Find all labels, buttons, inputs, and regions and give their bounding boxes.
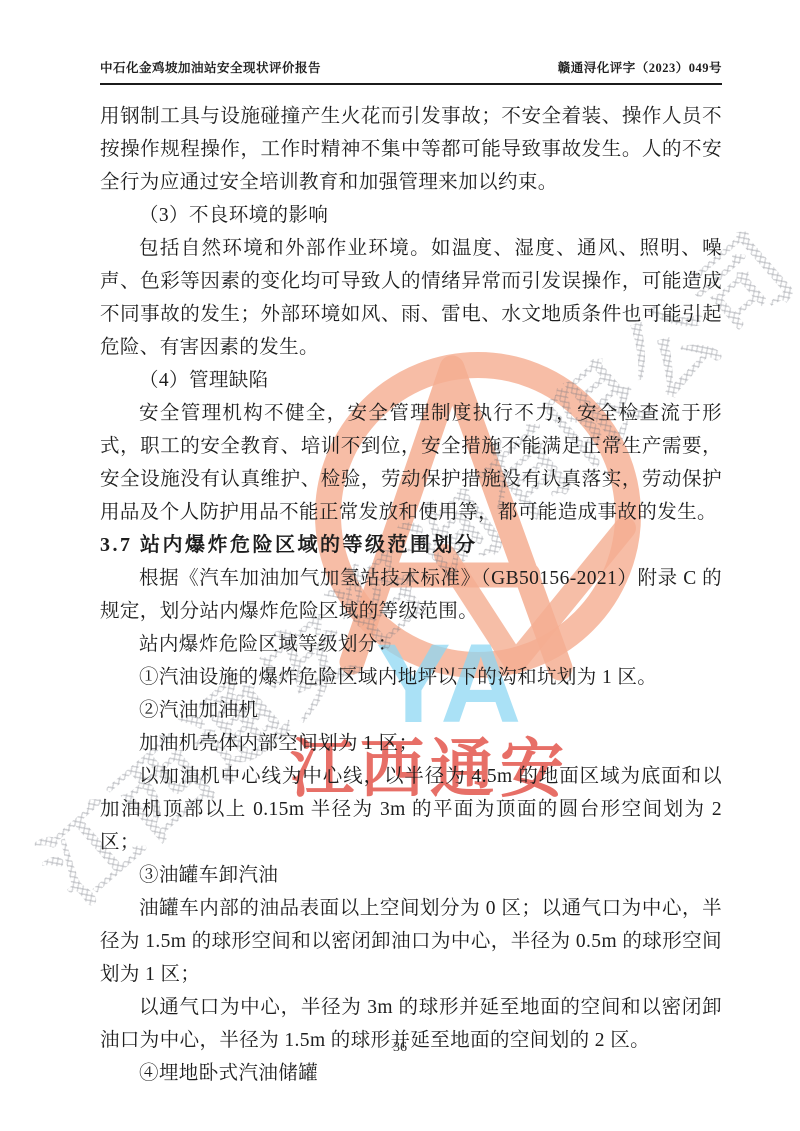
paragraph: ①汽油设施的爆炸危险区域内地坪以下的沟和坑划为 1 区。 bbox=[100, 661, 722, 694]
paragraph: ②汽油加油机 bbox=[100, 694, 722, 727]
paragraph: 包括自然环境和外部作业环境。如温度、湿度、通风、照明、噪声、色彩等因素的变化均可… bbox=[100, 232, 722, 364]
paragraph: 用钢制工具与设施碰撞产生火花而引发事故；不安全着装、操作人员不按操作规程操作，工… bbox=[100, 100, 722, 199]
paragraph: ③油罐车卸汽油 bbox=[100, 859, 722, 892]
header-report-title: 中石化金鸡坡加油站安全现状评价报告 bbox=[100, 58, 321, 76]
document-page: YA 江西通安 江西通安咨询有限公司 中石化金鸡坡加油站安全现状评价报告 赣通浔… bbox=[0, 0, 800, 1131]
page-footer: 36 bbox=[0, 1040, 800, 1056]
section-heading: 3.7 站内爆炸危险区域的等级范围划分 bbox=[100, 529, 722, 562]
paragraph: 安全管理机构不健全，安全管理制度执行不力，安全检查流于形式，职工的安全教育、培训… bbox=[100, 397, 722, 529]
header-doc-number: 赣通浔化评字（2023）049号 bbox=[558, 58, 722, 76]
paragraph: ④埋地卧式汽油储罐 bbox=[100, 1057, 722, 1090]
paragraph: 加油机壳体内部空间划为 1 区； bbox=[100, 727, 722, 760]
page-number: 36 bbox=[393, 1040, 407, 1055]
paragraph: 站内爆炸危险区域等级划分： bbox=[100, 628, 722, 661]
paragraph: 以加油机中心线为中心线，以半径为 4.5m 的地面区域为底面和以加油机顶部以上 … bbox=[100, 760, 722, 859]
page-header: 中石化金鸡坡加油站安全现状评价报告 赣通浔化评字（2023）049号 bbox=[100, 58, 722, 85]
document-body: 用钢制工具与设施碰撞产生火花而引发事故；不安全着装、操作人员不按操作规程操作，工… bbox=[100, 100, 722, 1090]
paragraph: 根据《汽车加油加气加氢站技术标准》（GB50156-2021）附录 C 的规定，… bbox=[100, 562, 722, 628]
paragraph: （4）管理缺陷 bbox=[100, 364, 722, 397]
paragraph: （3）不良环境的影响 bbox=[100, 199, 722, 232]
paragraph: 油罐车内部的油品表面以上空间划分为 0 区；以通气口为中心，半径为 1.5m 的… bbox=[100, 892, 722, 991]
